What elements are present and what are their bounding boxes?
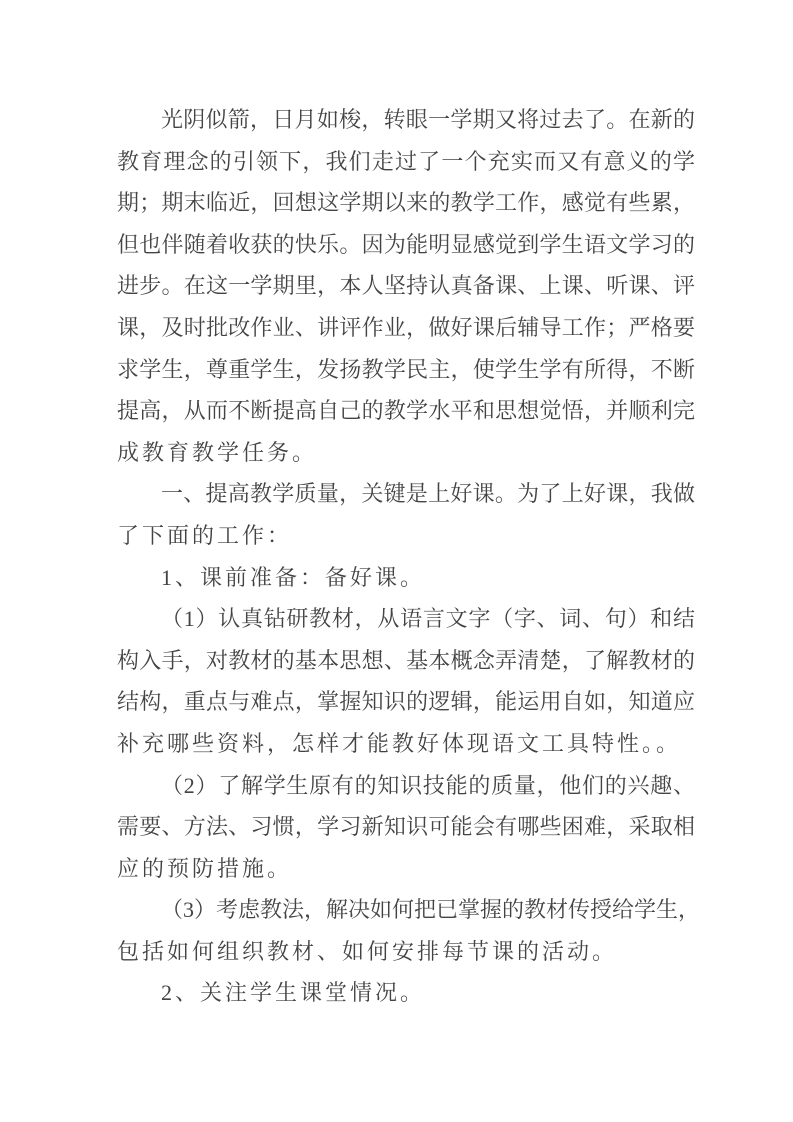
text-line: 课，及时批改作业、讲评作业，做好课后辅导工作；严格要	[117, 307, 695, 349]
text-line: 光阴似箭，日月如梭，转眼一学期又将过去了。在新的	[117, 99, 695, 141]
text-line: 2、关注学生课堂情况。	[117, 972, 695, 1014]
text-line: 补充哪些资料，怎样才能教好体现语文工具特性。。	[117, 723, 695, 765]
text-line: 但也伴随着收获的快乐。因为能明显感觉到学生语文学习的	[117, 224, 695, 266]
text-line: 应的预防措施。	[117, 848, 695, 890]
text-line: 结构，重点与难点，掌握知识的逻辑，能运用自如，知道应	[117, 681, 695, 723]
paragraph: （3）考虑教法，解决如何把已掌握的教材传授给学生，包括如何组织教材、如何安排每节…	[117, 889, 695, 972]
text-line: 需要、方法、习惯，学习新知识可能会有哪些困难，采取相	[117, 806, 695, 848]
paragraph: （2）了解学生原有的知识技能的质量，他们的兴趣、需要、方法、习惯，学习新知识可能…	[117, 765, 695, 890]
text-line: 提高，从而不断提高自己的教学水平和思想觉悟，并顺利完	[117, 390, 695, 432]
paragraph: 1、课前准备：备好课。	[117, 557, 695, 599]
text-line: 一、提高教学质量，关键是上好课。为了上好课，我做	[117, 473, 695, 515]
text-line: （2）了解学生原有的知识技能的质量，他们的兴趣、	[117, 765, 695, 807]
text-line: 1、课前准备：备好课。	[117, 557, 695, 599]
text-line: 期；期末临近，回想这学期以来的教学工作，感觉有些累，	[117, 182, 695, 224]
text-line: 构入手，对教材的基本思想、基本概念弄清楚，了解教材的	[117, 640, 695, 682]
text-line: 求学生，尊重学生，发扬教学民主，使学生学有所得，不断	[117, 349, 695, 391]
paragraph: 2、关注学生课堂情况。	[117, 972, 695, 1014]
text-line: 成教育教学任务。	[117, 432, 695, 474]
paragraph: 光阴似箭，日月如梭，转眼一学期又将过去了。在新的教育理念的引领下，我们走过了一个…	[117, 99, 695, 473]
text-line: （1）认真钻研教材，从语言文字（字、词、句）和结	[117, 598, 695, 640]
text-line: （3）考虑教法，解决如何把已掌握的教材传授给学生，	[117, 889, 695, 931]
document-body: 光阴似箭，日月如梭，转眼一学期又将过去了。在新的教育理念的引领下，我们走过了一个…	[117, 99, 695, 1014]
text-line: 进步。在这一学期里，本人坚持认真备课、上课、听课、评	[117, 265, 695, 307]
paragraph: （1）认真钻研教材，从语言文字（字、词、句）和结构入手，对教材的基本思想、基本概…	[117, 598, 695, 764]
text-line: 教育理念的引领下，我们走过了一个充实而又有意义的学	[117, 141, 695, 183]
text-line: 了下面的工作：	[117, 515, 695, 557]
document-page: 光阴似箭，日月如梭，转眼一学期又将过去了。在新的教育理念的引领下，我们走过了一个…	[0, 0, 793, 1122]
paragraph: 一、提高教学质量，关键是上好课。为了上好课，我做了下面的工作：	[117, 473, 695, 556]
text-line: 包括如何组织教材、如何安排每节课的活动。	[117, 931, 695, 973]
